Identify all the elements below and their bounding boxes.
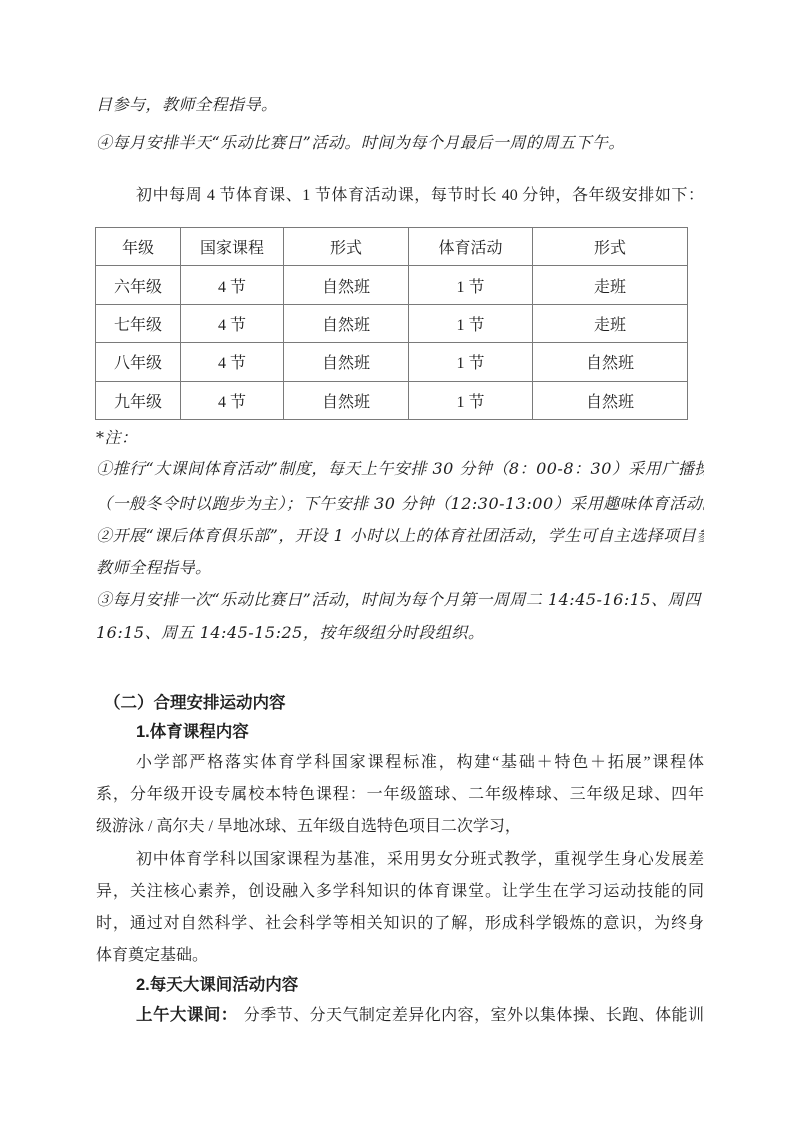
table-cell: 4 节 <box>181 343 284 381</box>
schedule-table-head: 年级国家课程形式体育活动形式 <box>96 228 688 266</box>
table-cell: 走班 <box>533 266 688 304</box>
morning-break-text: 分季节、分天气制定差异化内容，室外以集体操、长跑、体能训 <box>244 1007 704 1024</box>
note-3-line-1: ③每月安排一次“乐动比赛日”活动，时间为每个月第一周周二 14:45-16:15… <box>96 588 704 612</box>
table-cell: 六年级 <box>96 266 181 304</box>
para1-line-1: 小学部严格落实体育学科国家课程标准，构建“基础＋特色＋拓展”课程体 <box>96 751 704 775</box>
note-1-line-1: ①推行“大课间体育活动”制度，每天上午安排 30 分钟（8：00-8：30）采用… <box>96 457 704 481</box>
table-header-cell: 年级 <box>96 228 181 266</box>
paragraph-intro: 初中每周 4 节体育课、1 节体育活动课，每节时长 40 分钟，各年级安排如下： <box>96 184 704 208</box>
para2-line-2: 异，关注核心素养，创设融入多学科知识的体育课堂。让学生在学习运动技能的同 <box>96 880 704 904</box>
table-cell: 4 节 <box>181 381 284 419</box>
table-cell: 九年级 <box>96 381 181 419</box>
table-cell: 自然班 <box>284 266 409 304</box>
para1-line-3: 级游泳 / 高尔夫 / 旱地冰球、五年级自选特色项目二次学习， <box>96 815 704 839</box>
table-cell: 1 节 <box>409 266 533 304</box>
table-cell: 1 节 <box>409 381 533 419</box>
morning-break-line: 上午大课间：分季节、分天气制定差异化内容，室外以集体操、长跑、体能训 <box>96 1003 704 1027</box>
notes-label: *注： <box>96 426 704 450</box>
table-cell: 4 节 <box>181 266 284 304</box>
table-cell: 七年级 <box>96 304 181 342</box>
note-2-line-1: ②开展“课后体育俱乐部”，开设 1 小时以上的体育社团活动，学生可自主选择项目参… <box>96 524 704 548</box>
para2-line-4: 体育奠定基础。 <box>96 944 704 968</box>
table-row: 九年级4 节自然班1 节自然班 <box>96 381 688 419</box>
table-cell: 自然班 <box>284 343 409 381</box>
para2-line-1: 初中体育学科以国家课程为基准，采用男女分班式教学，重视学生身心发展差 <box>96 848 704 872</box>
table-row: 七年级4 节自然班1 节走班 <box>96 304 688 342</box>
para1-line-2: 系，分年级开设专属校本特色课程：一年级篮球、二年级棒球、三年级足球、四年 <box>96 783 704 807</box>
note-1-line-2: （一般冬令时以跑步为主）；下午安排 30 分钟（12:30-13:00）采用趣味… <box>96 492 704 516</box>
paragraph-item4: ④每月安排半天“乐动比赛日”活动。时间为每个月最后一周的周五下午。 <box>96 131 704 155</box>
note-2-line-2: 教师全程指导。 <box>96 556 704 580</box>
morning-break-label: 上午大课间： <box>136 1006 238 1024</box>
table-header-cell: 形式 <box>533 228 688 266</box>
table-header-cell: 国家课程 <box>181 228 284 266</box>
section-heading: （二）合理安排运动内容 <box>96 691 704 715</box>
table-cell: 1 节 <box>409 343 533 381</box>
document-page: 目参与，教师全程指导。 ④每月安排半天“乐动比赛日”活动。时间为每个月最后一周的… <box>0 0 800 1132</box>
table-cell: 1 节 <box>409 304 533 342</box>
note-3-line-2: 16:15、周五 14:45-15:25，按年级组分时段组织。 <box>96 621 704 645</box>
table-cell: 自然班 <box>533 381 688 419</box>
paragraph-continuation: 目参与，教师全程指导。 <box>96 93 704 117</box>
table-header-row: 年级国家课程形式体育活动形式 <box>96 228 688 266</box>
table-cell: 八年级 <box>96 343 181 381</box>
table-cell: 自然班 <box>284 381 409 419</box>
schedule-table: 年级国家课程形式体育活动形式 六年级4 节自然班1 节走班七年级4 节自然班1 … <box>95 227 688 420</box>
table-cell: 自然班 <box>533 343 688 381</box>
para2-line-3: 时，通过对自然科学、社会科学等相关知识的了解，形成科学锻炼的意识，为终身 <box>96 912 704 936</box>
table-header-cell: 形式 <box>284 228 409 266</box>
schedule-table-body: 六年级4 节自然班1 节走班七年级4 节自然班1 节走班八年级4 节自然班1 节… <box>96 266 688 420</box>
table-cell: 4 节 <box>181 304 284 342</box>
subsection-2-heading: 2.每天大课间活动内容 <box>96 973 704 997</box>
table-cell: 自然班 <box>284 304 409 342</box>
table-header-cell: 体育活动 <box>409 228 533 266</box>
table-cell: 走班 <box>533 304 688 342</box>
table-row: 六年级4 节自然班1 节走班 <box>96 266 688 304</box>
subsection-1-heading: 1.体育课程内容 <box>96 720 704 744</box>
table-row: 八年级4 节自然班1 节自然班 <box>96 343 688 381</box>
